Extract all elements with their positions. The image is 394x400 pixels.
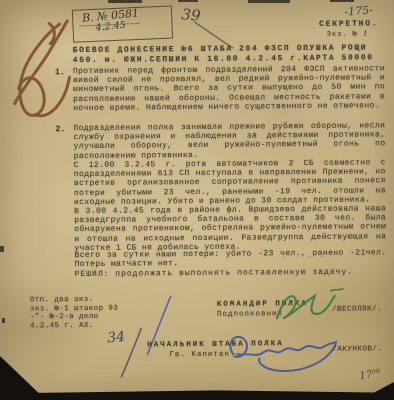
secrecy-stamp: СЕКРЕТНО.	[319, 19, 378, 29]
pen-slash-stroke	[117, 326, 145, 378]
stamp-date: 4.2.45	[95, 20, 126, 34]
pen-dash-marks: – – – –	[282, 252, 327, 261]
copy-label: Экз. №	[327, 31, 358, 39]
registration-stamp: В. № 0581 4.2.45	[72, 5, 173, 42]
subparagraph-attack-report: С 12.00 3.2.45 г. рота автоматчиков 2 СБ…	[74, 158, 386, 207]
subparagraph-recon-report: В 3.00 4.2.45 года в районе фл. Вршидзев…	[74, 204, 386, 253]
scanned-document-photo: В. № 0581 4.2.45 39 -175- СЕКРЕТНО. Экз.…	[0, 0, 394, 400]
document-paper: В. № 0581 4.2.45 39 -175- СЕКРЕТНО. Экз.…	[0, 0, 394, 400]
copies-line: 4.2.45 г. АХ.	[30, 321, 118, 330]
copy-number-line: Экз. № 1	[327, 29, 369, 38]
paragraph-enemy-activity: Противник перед фронтом подразделений 20…	[73, 64, 385, 113]
decision-line: РЕШИЛ: продолжать выполнять поставленную…	[75, 268, 354, 279]
copies-distribution-note: Отп. два экз. экз. №-1 штакор 93 -"- №-2…	[30, 296, 119, 331]
handwritten-time-note: 17⁰⁹	[359, 368, 381, 382]
subparagraph-losses: Всего за сутки наши потери: убито -23 че…	[74, 248, 386, 269]
report-title: БОЕВОЕ ДОНЕСЕНИЕ №6 ШТАБА 204 ФЗСП ОПУШК…	[73, 43, 374, 66]
paragraph-number: 2.	[55, 124, 65, 134]
page-number: -175-	[343, 3, 372, 18]
chief-of-staff-signature-ink	[223, 332, 341, 381]
paragraph-number: 1.	[55, 67, 65, 77]
document-content: В. № 0581 4.2.45 39 -175- СЕКРЕТНО. Экз.…	[0, 0, 394, 400]
paragraph-own-troops: Подразделения полка занимали прежние руб…	[73, 121, 385, 161]
copy-number-value: 1	[363, 29, 369, 37]
commander-signature-ink	[273, 288, 349, 327]
